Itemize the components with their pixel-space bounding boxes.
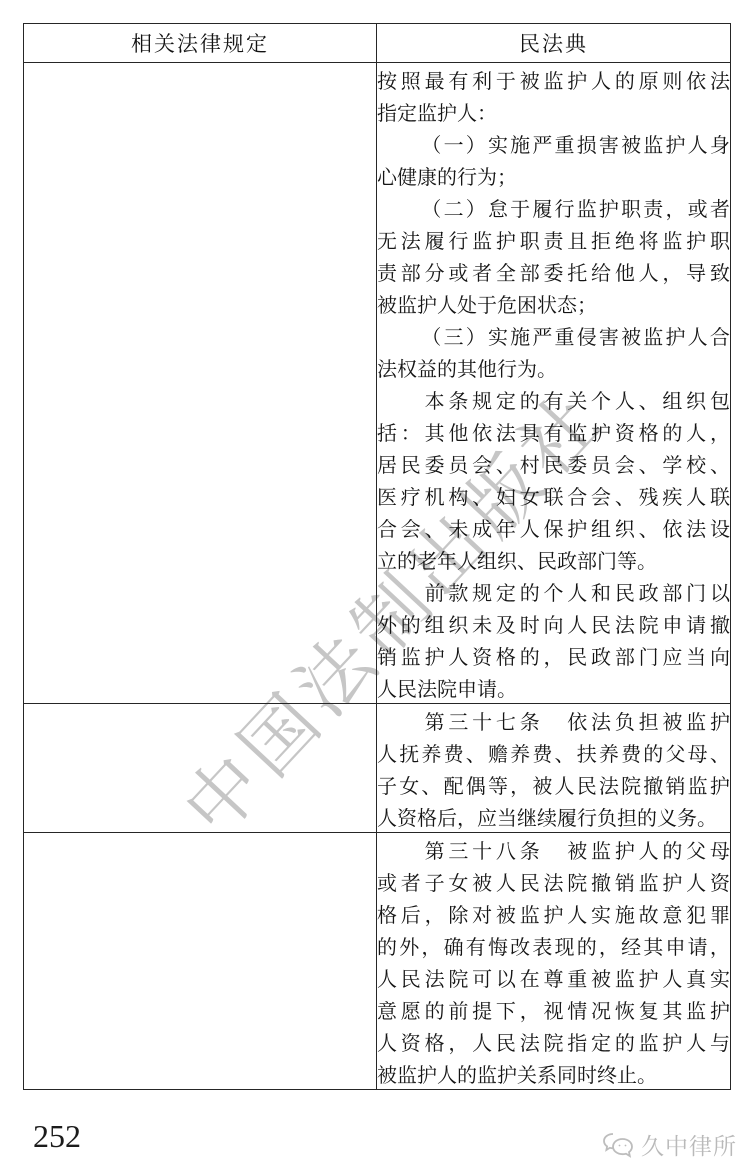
- text-line: 意愿的前提下，视情况恢复其监护: [377, 993, 730, 1025]
- related-laws-cell: [24, 833, 377, 1090]
- text-line: 无法履行监护职责且拒绝将监护职: [377, 223, 730, 255]
- text-line: 人民法院申请。: [377, 671, 730, 703]
- text-line: 销监护人资格的，民政部门应当向: [377, 639, 730, 671]
- header-cell-civil-code: 民法典: [377, 24, 731, 63]
- table-header-row: 相关法律规定 民法典: [24, 24, 731, 63]
- column-header-label: 民法典: [519, 33, 588, 56]
- brand-name: 久中律所: [641, 1128, 737, 1161]
- related-laws-cell: [24, 704, 377, 833]
- text-line: 的外，确有悔改表现的，经其申请，: [377, 929, 730, 961]
- text-line: 格后，除对被监护人实施故意犯罪: [377, 897, 730, 929]
- text-line: 医疗机构、妇女联合会、残疾人联: [377, 479, 730, 511]
- text-line: 指定监护人：: [377, 95, 730, 127]
- text-line: 责部分或者全部委托给他人，导致: [377, 255, 730, 287]
- text-line: （二）怠于履行监护职责，或者: [377, 191, 730, 223]
- text-line: 立的老年人组织、民政部门等。: [377, 543, 730, 575]
- text-line: 合会、未成年人保护组织、依法设: [377, 511, 730, 543]
- civil-code-cell: 第三十八条被监护人的父母或者子女被人民法院撤销监护人资格后，除对被监护人实施故意…: [377, 833, 731, 1090]
- header-cell-related-laws: 相关法律规定: [24, 24, 377, 63]
- page-number: 252: [33, 1118, 81, 1155]
- book-page: 中国法制出版社 相关法律规定 民法典 按照最有利于被监护人的原则依法指定监护人：…: [0, 0, 752, 1174]
- table-row: 第三十七条依法负担被监护人抚养费、赡养费、扶养费的父母、子女、配偶等，被人民法院…: [24, 704, 731, 833]
- text-line: 心健康的行为；: [377, 159, 730, 191]
- text-line: 或者子女被人民法院撤销监护人资: [377, 865, 730, 897]
- law-comparison-table: 相关法律规定 民法典 按照最有利于被监护人的原则依法指定监护人：（一）实施严重损…: [23, 23, 731, 1090]
- text-line: （三）实施严重侵害被监护人合: [377, 319, 730, 351]
- text-line: 括：其他依法具有监护资格的人，: [377, 415, 730, 447]
- text-line: 人抚养费、赡养费、扶养费的父母、: [377, 736, 730, 768]
- text-line: 人资格，人民法院指定的监护人与: [377, 1025, 730, 1057]
- related-laws-cell: [24, 63, 377, 704]
- text-line: 被监护人处于危困状态；: [377, 287, 730, 319]
- table-row: 第三十八条被监护人的父母或者子女被人民法院撤销监护人资格后，除对被监护人实施故意…: [24, 833, 731, 1090]
- text-line: 居民委员会、村民委员会、学校、: [377, 447, 730, 479]
- text-line: 第三十七条依法负担被监护: [377, 704, 730, 736]
- civil-code-cell: 第三十七条依法负担被监护人抚养费、赡养费、扶养费的父母、子女、配偶等，被人民法院…: [377, 704, 731, 833]
- column-header-label: 相关法律规定: [131, 33, 269, 56]
- chat-bubbles-icon: [601, 1131, 635, 1159]
- text-line: 本条规定的有关个人、组织包: [377, 383, 730, 415]
- table-row: 按照最有利于被监护人的原则依法指定监护人：（一）实施严重损害被监护人身心健康的行…: [24, 63, 731, 704]
- text-line: 人资格后，应当继续履行负担的义务。: [377, 800, 730, 832]
- text-line: 子女、配偶等，被人民法院撤销监护: [377, 768, 730, 800]
- text-line: 第三十八条被监护人的父母: [377, 833, 730, 865]
- table-body: 相关法律规定 民法典 按照最有利于被监护人的原则依法指定监护人：（一）实施严重损…: [24, 24, 731, 1090]
- text-line: 前款规定的个人和民政部门以: [377, 575, 730, 607]
- text-line: 按照最有利于被监护人的原则依法: [377, 63, 730, 95]
- brand-mark: 久中律所: [601, 1128, 737, 1161]
- text-line: 人民法院可以在尊重被监护人真实: [377, 961, 730, 993]
- text-line: 外的组织未及时向人民法院申请撤: [377, 607, 730, 639]
- text-line: （一）实施严重损害被监护人身: [377, 127, 730, 159]
- civil-code-cell: 按照最有利于被监护人的原则依法指定监护人：（一）实施严重损害被监护人身心健康的行…: [377, 63, 731, 704]
- text-line: 法权益的其他行为。: [377, 351, 730, 383]
- text-line: 被监护人的监护关系同时终止。: [377, 1057, 730, 1089]
